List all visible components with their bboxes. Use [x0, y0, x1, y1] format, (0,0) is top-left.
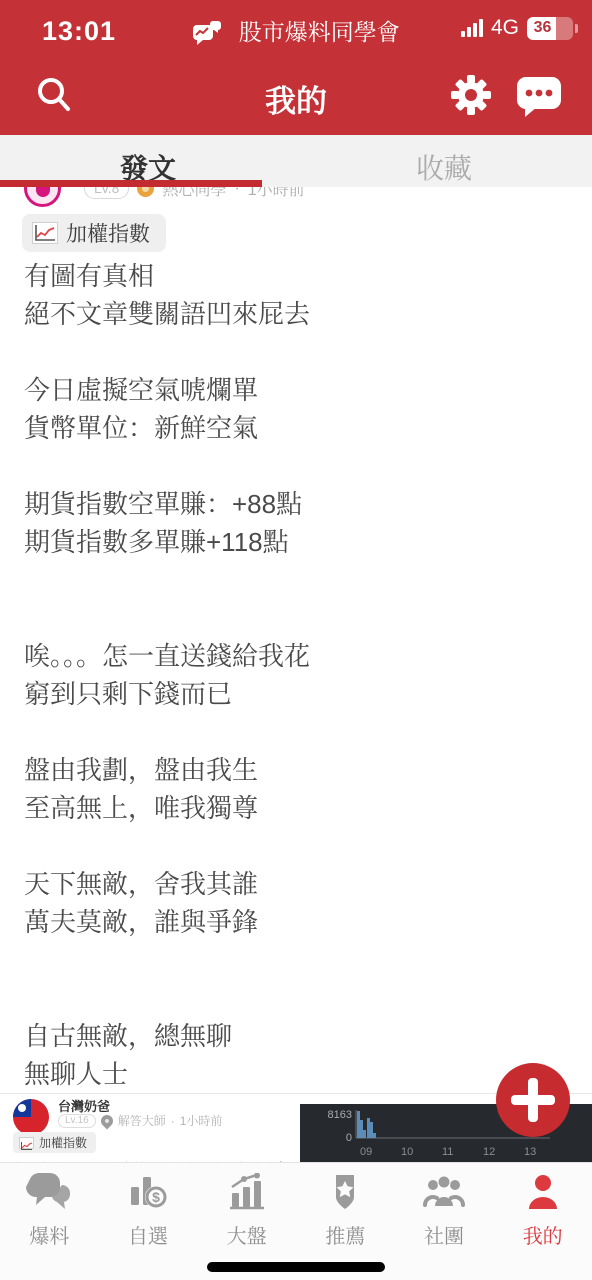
volume-bars: [357, 1111, 376, 1138]
battery-nub: [575, 24, 578, 33]
header-bar: 我的: [0, 54, 592, 135]
network-type: 4G: [491, 16, 519, 40]
signal-icon: [461, 19, 483, 37]
nav-label: 推薦: [296, 1220, 395, 1249]
post-meta-row: Lv.16 解答大師 · 1小時前: [58, 1112, 222, 1129]
nav-label: 自選: [99, 1220, 198, 1249]
flag-sun: [18, 1104, 26, 1112]
nav-label: 大盤: [197, 1220, 296, 1249]
chart-y-min: 0: [346, 1132, 352, 1144]
nav-label: 爆料: [0, 1220, 99, 1249]
shield-star-icon: [322, 1173, 368, 1213]
page-title: 我的: [0, 76, 592, 121]
home-indicator[interactable]: [207, 1262, 385, 1272]
compose-post-fab[interactable]: [496, 1063, 570, 1137]
chart-x-tick: 12: [483, 1146, 495, 1158]
topic-tag-label: 加權指數: [66, 218, 150, 248]
active-tab-indicator: [0, 180, 262, 187]
people-group-icon: [421, 1173, 467, 1213]
person-icon: [520, 1173, 566, 1213]
status-app-name: 股市爆料同學會: [239, 19, 400, 45]
chart-x-tick: 11: [442, 1146, 453, 1158]
topic-tag[interactable]: 加權指數: [22, 214, 166, 252]
posts-list: Lv.8 熱心同學 · 1小時前 加權指數 有圖有真相 絕不文章雙關語凹來屁去 …: [0, 187, 592, 1162]
battery-percent: 36: [529, 19, 556, 37]
topic-tag-label: 加權指數: [39, 1134, 87, 1151]
post-timestamp: 1小時前: [180, 1112, 223, 1129]
chat-bubbles-icon: [26, 1173, 72, 1213]
watchlist-icon: $: [125, 1173, 171, 1213]
master-badge-icon: [98, 1112, 115, 1129]
chart-x-tick: 10: [401, 1146, 413, 1158]
level-badge: Lv.16: [58, 1114, 96, 1128]
svg-text:$: $: [152, 1189, 160, 1205]
index-chart-icon: [19, 1137, 34, 1149]
nav-item-mine[interactable]: 我的: [493, 1163, 592, 1280]
status-bar: 13:01 股市爆料同學會 4G 36: [0, 0, 592, 54]
chart-y-max: 8163: [328, 1109, 352, 1121]
status-indicators: 4G 36: [461, 16, 578, 40]
user-badge-label: 解答大師: [118, 1112, 166, 1129]
topic-tag[interactable]: 加權指數: [13, 1132, 96, 1153]
post-content: 有圖有真相 絕不文章雙關語凹來屁去 今日虛擬空氣唬爛單 貨幣單位：新鮮空氣 期貨…: [24, 257, 564, 1093]
tab-bar: 發文 收藏: [0, 135, 592, 187]
messages-icon[interactable]: [515, 74, 563, 123]
nav-item-leaks[interactable]: 爆料: [0, 1163, 99, 1280]
nav-label: 社團: [395, 1220, 494, 1249]
plus-icon: [511, 1095, 555, 1105]
avatar-taiwan-flag[interactable]: [13, 1099, 49, 1135]
index-chart-icon: [32, 222, 58, 244]
app-logo-icon: [192, 20, 222, 52]
app-screen: 13:01 股市爆料同學會 4G 36: [0, 0, 592, 1280]
nav-label: 我的: [493, 1220, 592, 1249]
avatar-face: [36, 187, 50, 197]
chart-x-tick: 09: [360, 1146, 372, 1158]
settings-gear-icon[interactable]: [449, 73, 493, 122]
meta-separator: ·: [171, 1114, 175, 1128]
nav-item-watchlist[interactable]: $ 自選: [99, 1163, 198, 1280]
nav-item-groups[interactable]: 社團: [395, 1163, 494, 1280]
market-chart-icon: [224, 1173, 270, 1213]
battery-icon: 36: [527, 17, 573, 40]
chart-x-tick: 13: [524, 1146, 536, 1158]
tab-favorites[interactable]: 收藏: [296, 147, 592, 187]
